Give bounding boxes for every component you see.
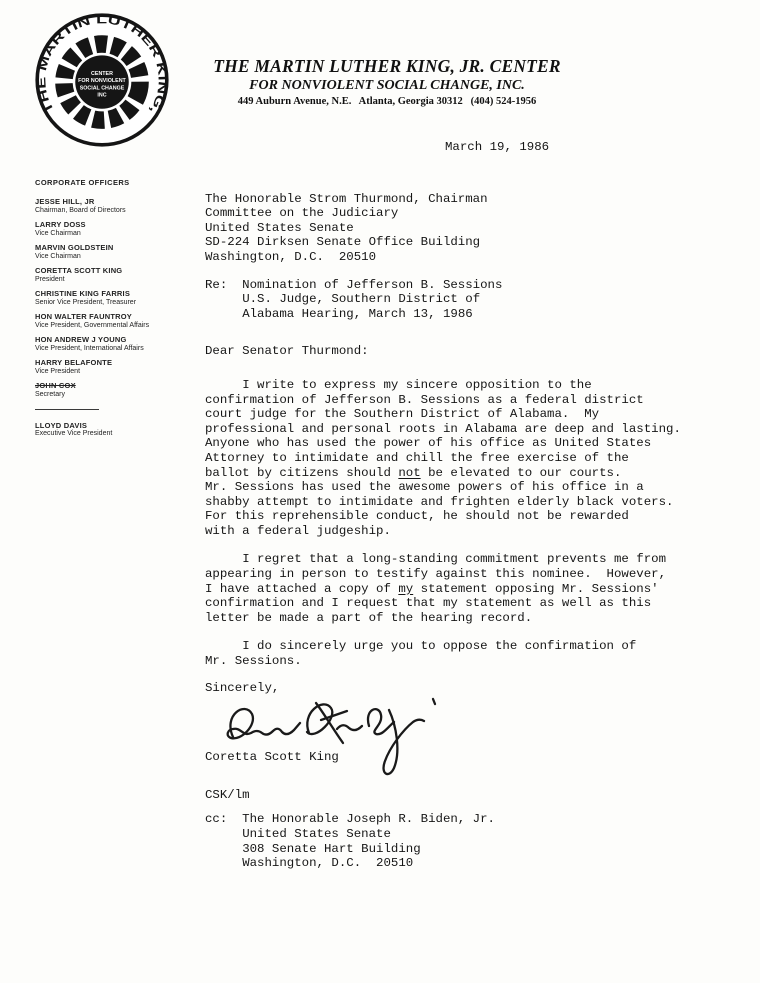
officer-entry: LLOYD DAVIS Executive Vice President xyxy=(35,422,200,439)
svg-text:FOR NONVIOLENT: FOR NONVIOLENT xyxy=(78,78,126,84)
officer-name: LARRY DOSS xyxy=(35,221,200,230)
officer-entry: CHRISTINE KING FARRIS Senior Vice Presid… xyxy=(35,290,200,307)
letterhead: THE MARTIN LUTHER KING, JR. CENTER FOR N… xyxy=(198,56,576,107)
officer-name: JOHN COX xyxy=(35,382,200,391)
complimentary-close: Sincerely, xyxy=(205,681,695,696)
sidebar-divider xyxy=(35,409,99,410)
officer-name: HON WALTER FAUNTROY xyxy=(35,313,200,322)
subject-line: Re: Nomination of Jefferson B. Sessions … xyxy=(205,278,695,322)
svg-text:CENTER: CENTER xyxy=(91,71,113,77)
officer-title: President xyxy=(35,276,200,284)
officer-name: MARVIN GOLDSTEIN xyxy=(35,244,200,253)
officer-title: Senior Vice President, Treasurer xyxy=(35,299,200,307)
letterhead-title: THE MARTIN LUTHER KING, JR. CENTER xyxy=(198,56,576,77)
svg-text:SOCIAL CHANGE: SOCIAL CHANGE xyxy=(80,85,125,91)
body-paragraph-2: I regret that a long-standing commitment… xyxy=(205,552,695,625)
letterhead-subtitle: FOR NONVIOLENT SOCIAL CHANGE, INC. xyxy=(198,78,576,94)
officer-title: Vice President xyxy=(35,368,200,376)
handwritten-signature xyxy=(197,679,453,783)
letter-body-column: March 19, 1986 The Honorable Strom Thurm… xyxy=(205,140,695,871)
letter-page: THE MARTIN LUTHER KING, JR. CENTER FOR N… xyxy=(0,0,760,983)
sidebar-heading: CORPORATE OFFICERS xyxy=(35,178,200,187)
svg-text:INC: INC xyxy=(97,92,106,98)
officer-name: JESSE HILL, JR xyxy=(35,198,200,207)
typist-initials: CSK/lm xyxy=(205,788,695,803)
paragraph-text: I write to express my sincere opposition… xyxy=(205,378,681,480)
salutation: Dear Senator Thurmond: xyxy=(205,344,695,359)
officer-title: Secretary xyxy=(35,391,200,399)
officer-entry-struck-out: JOHN COX Secretary xyxy=(35,382,200,399)
officer-entry: HON WALTER FAUNTROY Vice President, Gove… xyxy=(35,313,200,330)
officer-entry: HON ANDREW J YOUNG Vice President, Inter… xyxy=(35,336,200,353)
underlined-word: my xyxy=(398,582,413,596)
officer-title: Executive Vice President xyxy=(35,430,200,438)
officer-title: Vice President, Governmental Affairs xyxy=(35,322,200,330)
officer-entry: MARVIN GOLDSTEIN Vice Chairman xyxy=(35,244,200,261)
letter-date: March 19, 1986 xyxy=(445,140,695,155)
recipient-address: The Honorable Strom Thurmond, Chairman C… xyxy=(205,192,695,265)
officer-title: Vice Chairman xyxy=(35,253,200,261)
officer-name: CORETTA SCOTT KING xyxy=(35,267,200,276)
officer-title: Vice President, International Affairs xyxy=(35,345,200,353)
typed-signature-name: Coretta Scott King xyxy=(205,750,695,765)
officer-title: Chairman, Board of Directors xyxy=(35,207,200,215)
officer-entry: JESSE HILL, JR Chairman, Board of Direct… xyxy=(35,198,200,215)
officer-name: LLOYD DAVIS xyxy=(35,422,200,431)
letterhead-address: 449 Auburn Avenue, N.E. Atlanta, Georgia… xyxy=(198,96,576,107)
officer-entry: CORETTA SCOTT KING President xyxy=(35,267,200,284)
officer-name: HARRY BELAFONTE xyxy=(35,359,200,368)
officer-name: CHRISTINE KING FARRIS xyxy=(35,290,200,299)
officer-entry: LARRY DOSS Vice Chairman xyxy=(35,221,200,238)
body-paragraph-3: I do sincerely urge you to oppose the co… xyxy=(205,639,695,668)
corporate-officers-sidebar: CORPORATE OFFICERS JESSE HILL, JR Chairm… xyxy=(35,178,200,445)
officer-entry: HARRY BELAFONTE Vice President xyxy=(35,359,200,376)
body-paragraph-1: I write to express my sincere opposition… xyxy=(205,378,695,539)
mlk-center-seal-logo: THE MARTIN LUTHER KING, JR. CENTER FOR N… xyxy=(30,8,174,152)
underlined-word: not xyxy=(398,466,420,480)
signature-area xyxy=(205,695,695,750)
cc-block: cc: The Honorable Joseph R. Biden, Jr. U… xyxy=(205,812,695,870)
officer-name: HON ANDREW J YOUNG xyxy=(35,336,200,345)
officer-title: Vice Chairman xyxy=(35,230,200,238)
